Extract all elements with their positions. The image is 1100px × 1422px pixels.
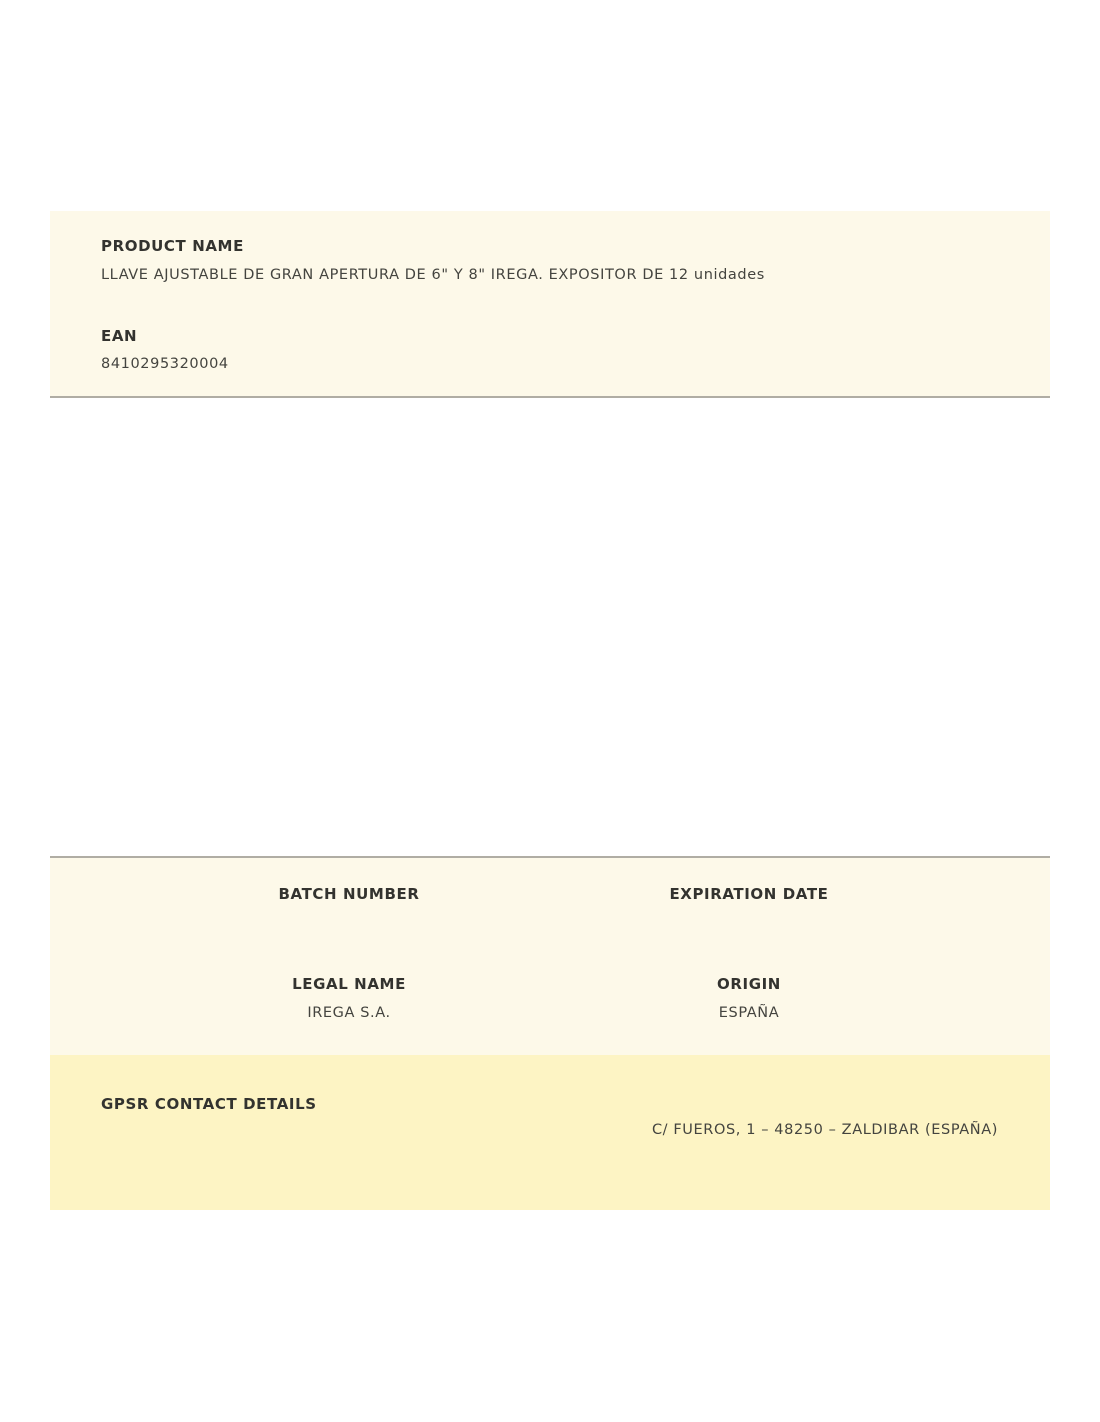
batch-number-cell: BATCH NUMBER — [199, 885, 499, 915]
gpsr-contact-address: C/ FUEROS, 1 – 48250 – ZALDIBAR (ESPAÑA) — [652, 1122, 998, 1138]
product-name-value: LLAVE AJUSTABLE DE GRAN APERTURA DE 6" Y… — [101, 267, 765, 283]
gpsr-contact-section: GPSR CONTACT DETAILS C/ FUEROS, 1 – 4825… — [50, 1055, 1050, 1210]
gpsr-contact-label: GPSR CONTACT DETAILS — [101, 1095, 317, 1113]
legal-name-label: LEGAL NAME — [199, 975, 499, 993]
product-name-label: PRODUCT NAME — [101, 237, 244, 255]
expiration-date-cell: EXPIRATION DATE — [599, 885, 899, 915]
origin-label: ORIGIN — [599, 975, 899, 993]
origin-value: ESPAÑA — [599, 1005, 899, 1021]
ean-label: EAN — [101, 327, 137, 345]
details-section: BATCH NUMBER EXPIRATION DATE LEGAL NAME … — [50, 856, 1050, 1057]
legal-name-value: IREGA S.A. — [199, 1005, 499, 1021]
product-info-section: PRODUCT NAME LLAVE AJUSTABLE DE GRAN APE… — [50, 211, 1050, 398]
legal-name-cell: LEGAL NAME IREGA S.A. — [199, 975, 499, 1021]
ean-value: 8410295320004 — [101, 356, 229, 372]
expiration-date-label: EXPIRATION DATE — [599, 885, 899, 903]
origin-cell: ORIGIN ESPAÑA — [599, 975, 899, 1021]
batch-number-label: BATCH NUMBER — [199, 885, 499, 903]
